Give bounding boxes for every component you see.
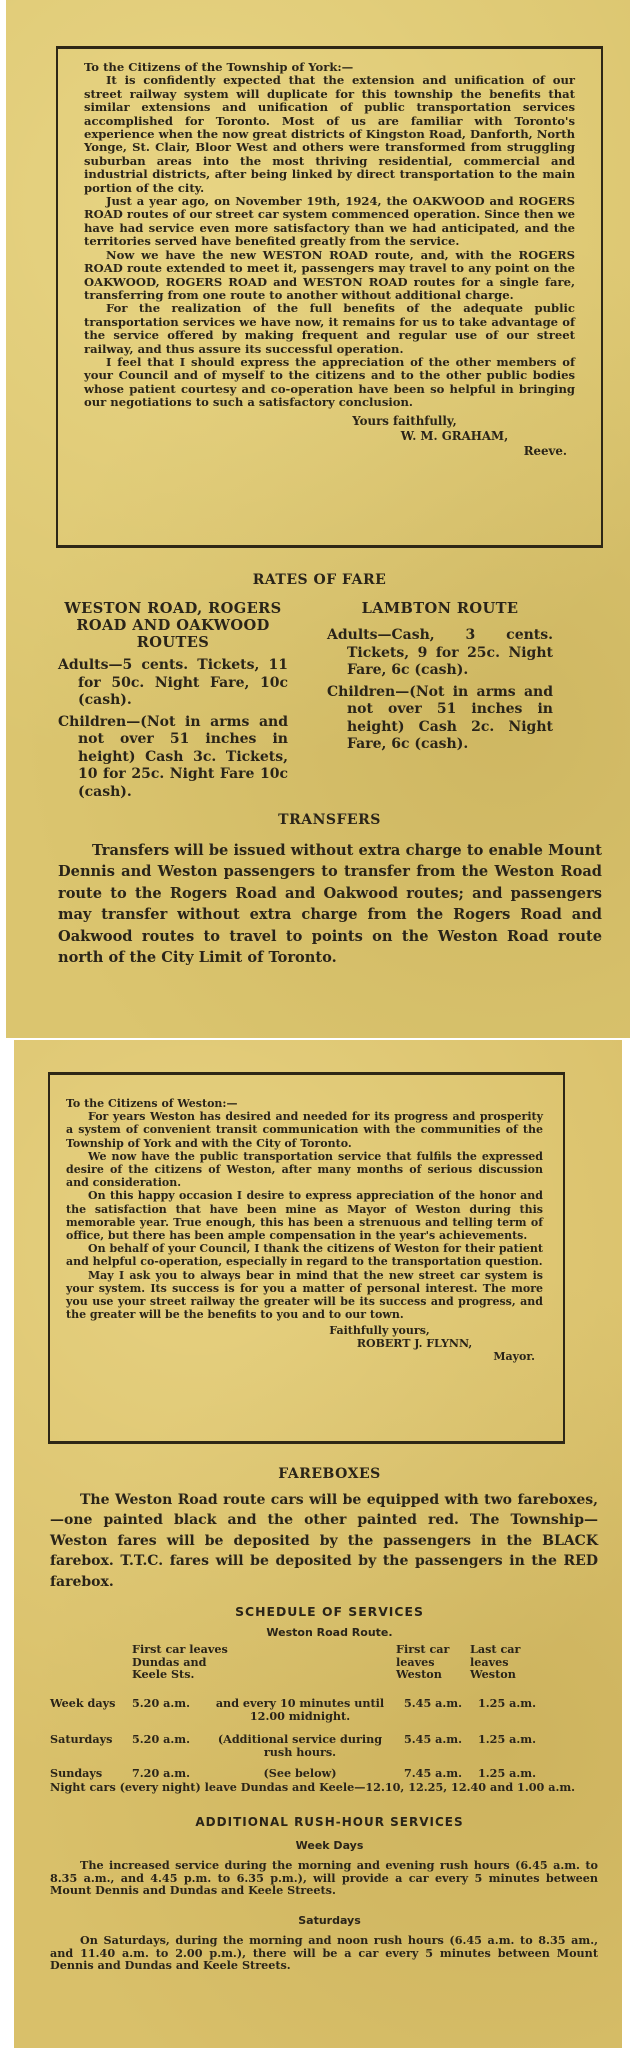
schedule-cell-last-weston: 1.25 a.m. — [478, 1767, 536, 1780]
fareboxes-text: The Weston Road route cars will be equip… — [50, 1490, 598, 1592]
rush-hour-saturdays-heading: Saturdays — [0, 1914, 639, 1927]
fareboxes-heading: FAREBOXES — [0, 1466, 639, 1482]
letter-paragraph: May I ask you to always bear in mind tha… — [66, 1269, 543, 1322]
schedule-cell-day: Saturdays — [50, 1733, 112, 1746]
schedule-cell-note: and every 10 minutes until 12.00 midnigh… — [208, 1697, 392, 1723]
schedule-cell-first-weston: 7.45 a.m. — [404, 1767, 462, 1780]
rush-hour-weekdays-heading: Week Days — [0, 1839, 639, 1852]
schedule-header-first-weston: First car leaves Weston — [396, 1643, 460, 1681]
york-reeve-letter: To the Citizens of the Township of York:… — [56, 46, 603, 548]
letter-closing: Faithfully yours, — [216, 1324, 543, 1337]
letter-salutation: To the Citizens of Weston:— — [66, 1097, 543, 1110]
schedule-cell-first-dundas: 5.20 a.m. — [132, 1697, 190, 1710]
schedule-cell-day: Sundays — [50, 1767, 102, 1780]
rush-hour-saturdays-text: On Saturdays, during the morning and noo… — [50, 1934, 598, 1972]
schedule-route-name: Weston Road Route. — [0, 1626, 639, 1639]
schedule-heading: SCHEDULE OF SERVICES — [0, 1604, 639, 1619]
schedule-cell-first-weston: 5.45 a.m. — [404, 1733, 462, 1746]
fare-children: Children—(Not in arms and not over 51 in… — [327, 684, 553, 754]
letter-signer: W. M. GRAHAM, — [334, 429, 575, 444]
schedule-header-last-weston: Last car leaves Weston — [470, 1643, 534, 1681]
fare-column-lambton-route: LAMBTON ROUTE Adults—Cash, 3 cents. Tick… — [327, 600, 553, 758]
fare-column-weston-routes: WESTON ROAD, ROGERS ROAD AND OAKWOOD ROU… — [58, 600, 288, 805]
fare-adults: Adults—Cash, 3 cents. Tickets, 9 for 25c… — [327, 627, 553, 680]
letter-paragraph: I feel that I should express the appreci… — [84, 356, 575, 410]
rates-of-fare-heading: RATES OF FARE — [0, 572, 639, 588]
fare-column-heading: LAMBTON ROUTE — [327, 600, 553, 617]
rush-hour-weekdays-text: The increased service during the morning… — [50, 1859, 598, 1897]
rush-hour-heading: ADDITIONAL RUSH-HOUR SERVICES — [0, 1815, 639, 1829]
letter-paragraph: On behalf of your Council, I thank the c… — [66, 1242, 543, 1268]
schedule-cell-first-weston: 5.45 a.m. — [404, 1697, 462, 1710]
schedule-cell-first-dundas: 7.20 a.m. — [132, 1767, 190, 1780]
fare-column-heading: WESTON ROAD, ROGERS ROAD AND OAKWOOD ROU… — [58, 600, 288, 651]
letter-paragraph: We now have the public transportation se… — [66, 1150, 543, 1190]
letter-paragraph: For the realization of the full benefits… — [84, 302, 575, 356]
night-cars-note: Night cars (every night) leave Dundas an… — [50, 1781, 598, 1794]
transfers-text: Transfers will be issued without extra c… — [58, 840, 602, 968]
weston-mayor-letter: To the Citizens of Weston:— For years We… — [48, 1072, 565, 1444]
letter-signer: ROBERT J. FLYNN, — [286, 1337, 543, 1350]
schedule-cell-first-dundas: 5.20 a.m. — [132, 1733, 190, 1746]
letter-closing: Yours faithfully, — [234, 414, 575, 429]
letter-signer-title: Reeve. — [84, 444, 575, 459]
letter-signer-title: Mayor. — [66, 1350, 543, 1363]
letter-salutation: To the Citizens of the Township of York:… — [84, 61, 575, 74]
letter-paragraph: For years Weston has desired and needed … — [66, 1110, 543, 1150]
schedule-cell-note: (See below) — [208, 1767, 392, 1780]
letter-paragraph: Now we have the new WESTON ROAD route, a… — [84, 249, 575, 303]
schedule-cell-note: (Additional service during rush hours. — [208, 1733, 392, 1759]
schedule-cell-day: Week days — [50, 1697, 115, 1710]
letter-paragraph: Just a year ago, on November 19th, 1924,… — [84, 195, 575, 249]
fare-adults: Adults—5 cents. Tickets, 11 for 50c. Nig… — [58, 657, 288, 710]
schedule-header-first-dundas: First car leaves Dundas and Keele Sts. — [132, 1643, 242, 1681]
letter-paragraph: On this happy occasion I desire to expre… — [66, 1189, 543, 1242]
fare-children: Children—(Not in arms and not over 51 in… — [58, 714, 288, 802]
schedule-cell-last-weston: 1.25 a.m. — [478, 1697, 536, 1710]
letter-paragraph: It is confidently expected that the exte… — [84, 74, 575, 195]
schedule-cell-last-weston: 1.25 a.m. — [478, 1733, 536, 1746]
transfers-heading: TRANSFERS — [0, 812, 639, 828]
